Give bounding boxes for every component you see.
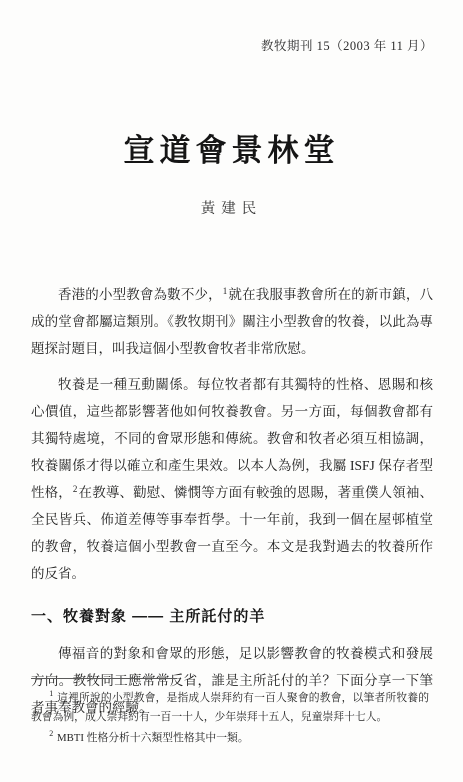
section-heading-1: 一、牧養對象 —— 主所託付的羊: [31, 603, 433, 630]
footnote-1-text: 這裡所說的小型教會，是指成人崇拜約有一百人聚會的教會，以筆者所牧養的教會為例，成…: [31, 692, 429, 723]
paragraph-2: 牧養是一種互動關係。每位牧者都有其獨特的性格、恩賜和核心價值，這些都影響著他如何…: [31, 371, 433, 587]
footnote-2-text: MBTI 性格分析十六類型性格其中一類。: [57, 732, 249, 744]
footnote-1: 1 這裡所說的小型教會，是指成人崇拜約有一百人聚會的教會，以筆者所牧養的教會為例…: [31, 689, 429, 726]
footnote-area: 1 這裡所說的小型教會，是指成人崇拜約有一百人聚會的教會，以筆者所牧養的教會為例…: [31, 678, 429, 751]
journal-issue-header: 教牧期刊 15（2003 年 11 月）: [261, 36, 433, 54]
paragraph-2-text-cont: 在教導、勸慰、憐憫等方面有較強的恩賜，著重僕人領袖、全民皆兵、佈道差傳等事奉哲學…: [31, 485, 433, 581]
footnote-separator: [31, 678, 177, 679]
author-name: 黃建民: [0, 197, 463, 218]
journal-page: 教牧期刊 15（2003 年 11 月） 宣道會景林堂 黃建民 香港的小型教會為…: [0, 0, 463, 782]
paragraph-1: 香港的小型教會為數不少，1就在我服事教會所在的新市鎮，八成的堂會都屬這類別。《教…: [31, 281, 433, 362]
footnote-1-marker: 1: [48, 689, 54, 698]
article-body: 香港的小型教會為數不少，1就在我服事教會所在的新市鎮，八成的堂會都屬這類別。《教…: [31, 281, 433, 730]
article-title: 宣道會景林堂: [0, 125, 463, 170]
footnote-2: 2 MBTI 性格分析十六類型性格其中一類。: [31, 729, 429, 748]
paragraph-1-text: 香港的小型教會為數不少，: [58, 287, 222, 302]
footnote-2-marker: 2: [48, 729, 54, 738]
paragraph-2-text: 牧養是一種互動關係。每位牧者都有其獨特的性格、恩賜和核心價值，這些都影響著他如何…: [31, 377, 433, 500]
